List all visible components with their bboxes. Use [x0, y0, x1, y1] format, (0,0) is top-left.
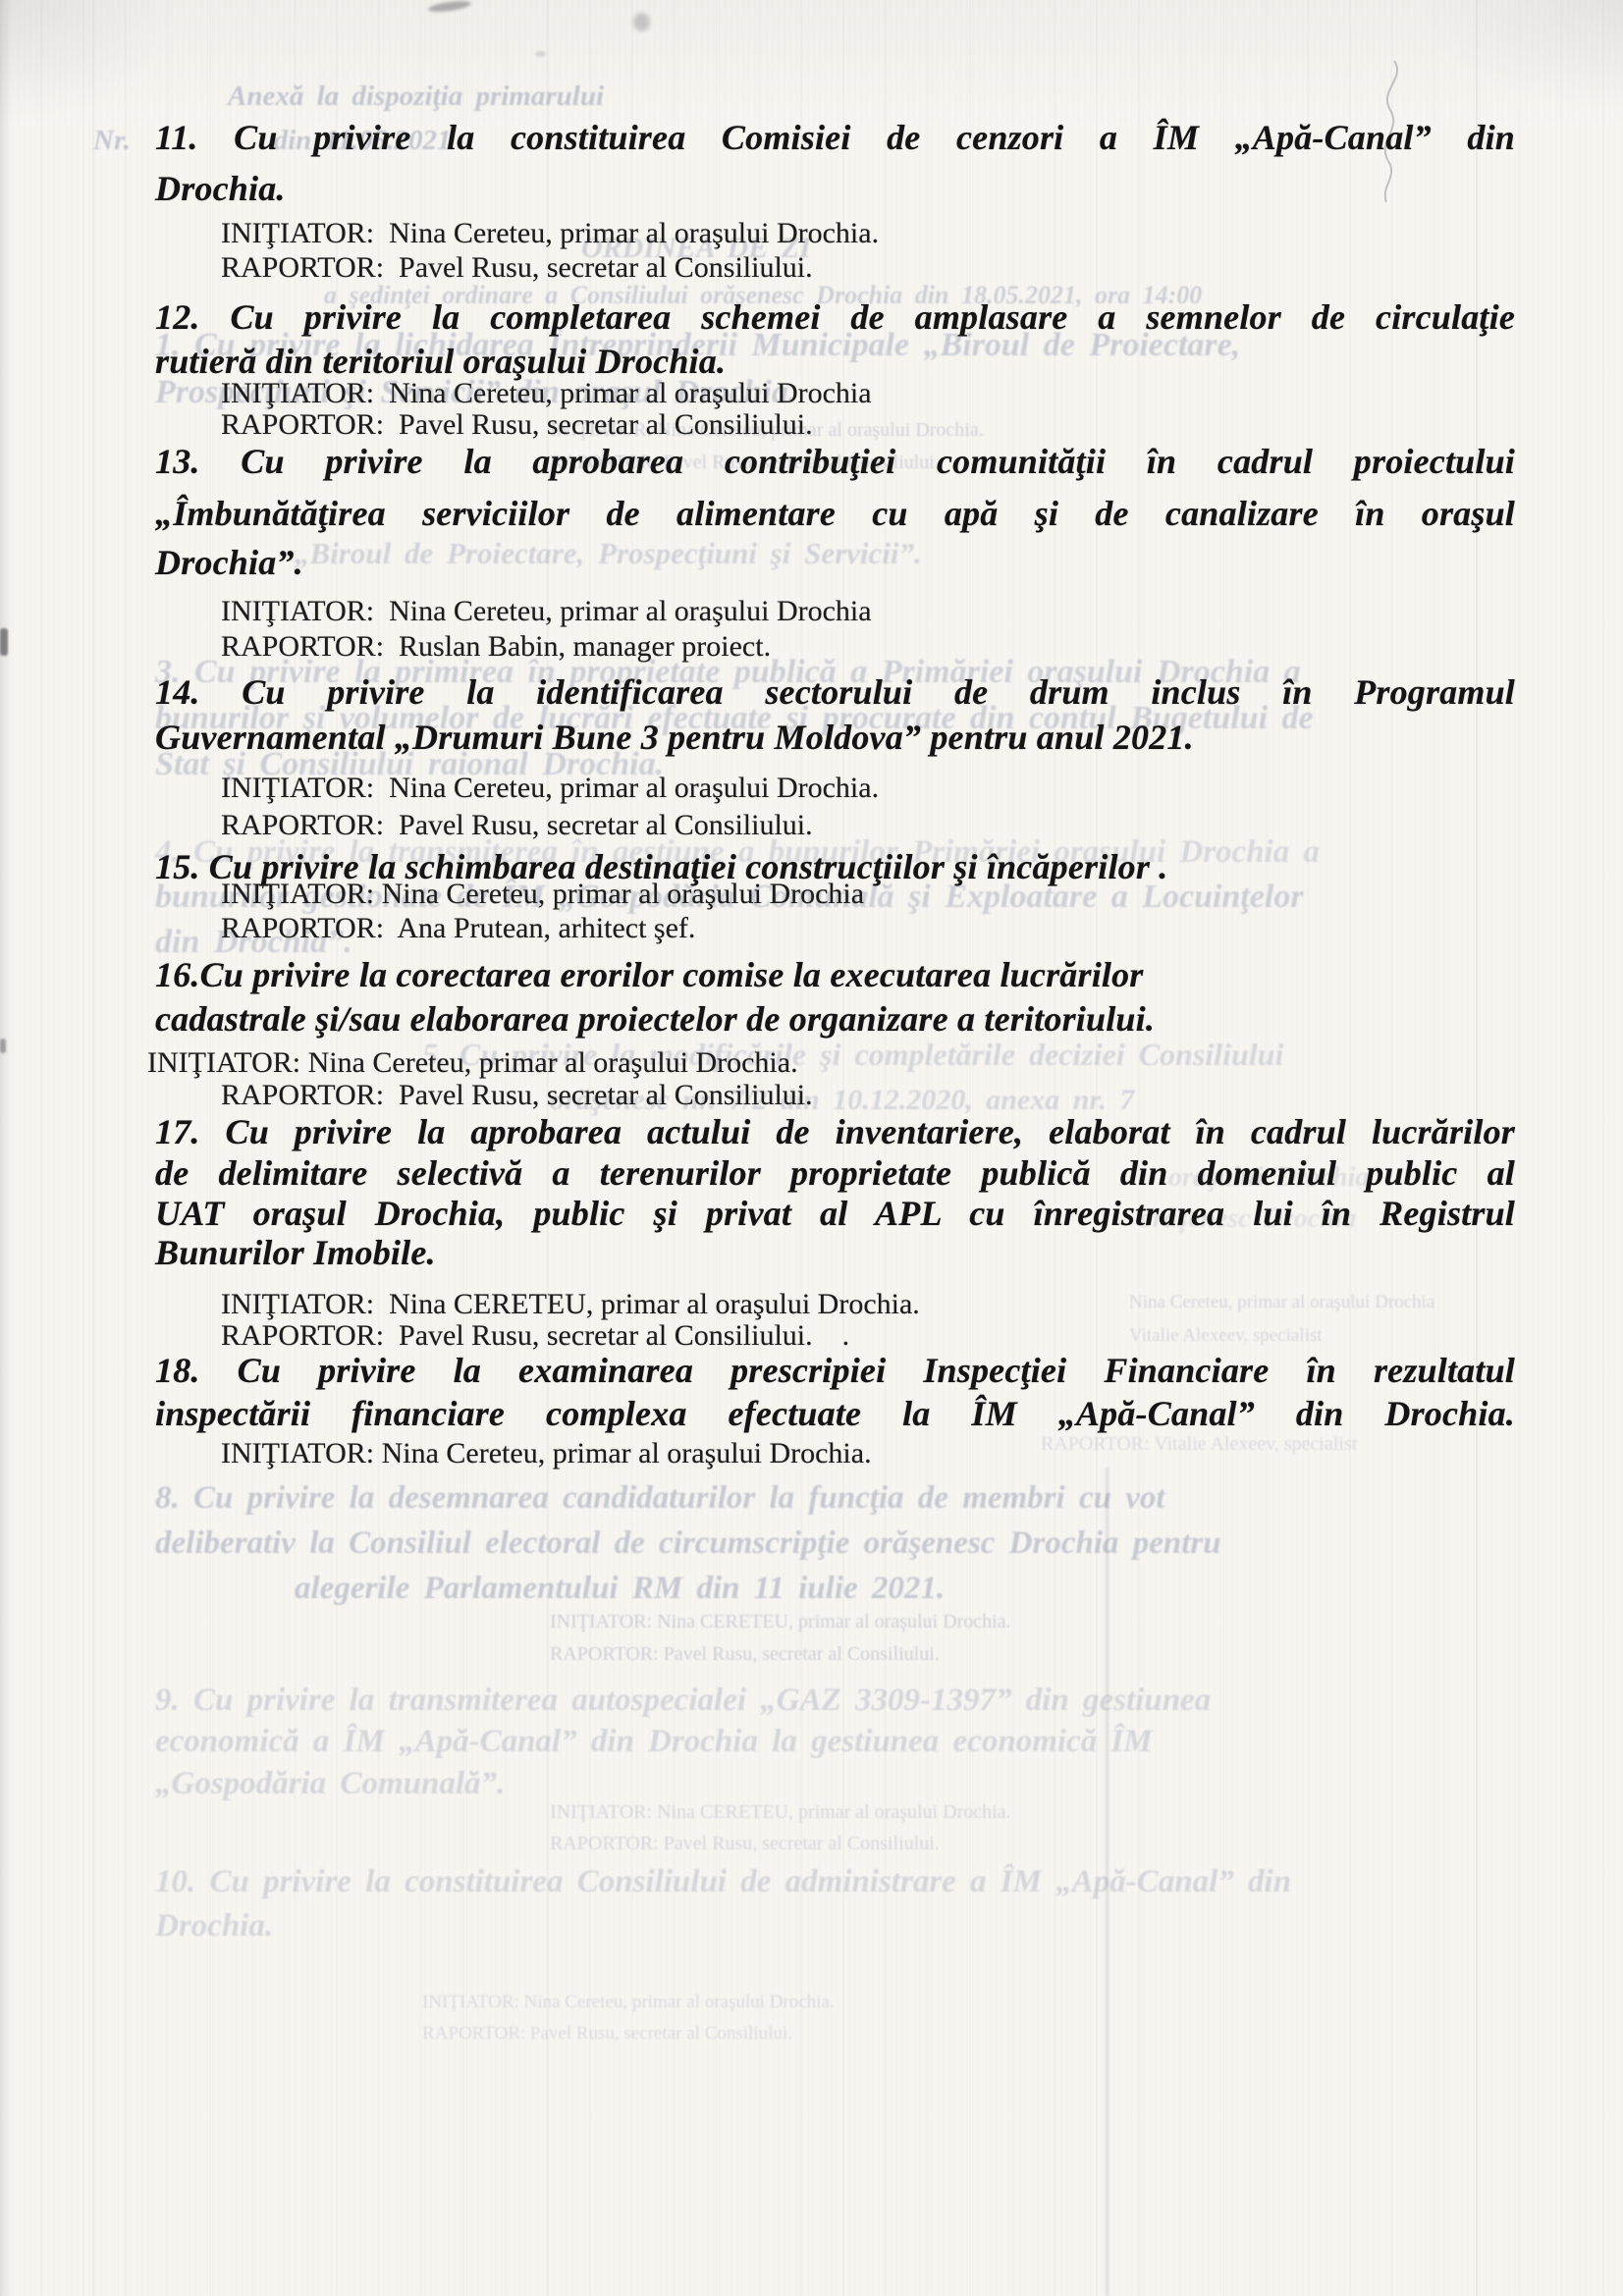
agenda-item-title-line: Bunurilor Imobile. — [155, 1233, 1515, 1273]
raportor-line: RAPORTOR: Pavel Rusu, secretar al Consil… — [221, 1079, 813, 1111]
initiator-line: INIŢIATOR: Nina Cereteu, primar al oraşu… — [221, 772, 879, 804]
initiator-line: INIŢIATOR: Nina CERETEU, primar al oraşu… — [221, 1288, 920, 1320]
agenda-item-title-line: Drochia”. — [155, 543, 1515, 583]
agenda-item-title-line: „Îmbunătăţirea serviciilor de alimentare… — [155, 494, 1515, 534]
agenda-item-title-line: 14. Cu privire la identificarea sectorul… — [155, 672, 1515, 713]
agenda-item-title-line: 13. Cu privire la aprobarea contribuţiei… — [155, 442, 1515, 482]
agenda-item-title-line: UAT oraşul Drochia, public şi privat al … — [155, 1194, 1515, 1234]
initiator-line: INIŢIATOR: Nina Cereteu, primar al oraşu… — [147, 1046, 798, 1079]
agenda-item-title-line: 17. Cu privire la aprobarea actului de i… — [155, 1112, 1515, 1152]
agenda-item-title-line: Guvernamental „Drumuri Bune 3 pentru Mol… — [155, 718, 1515, 758]
raportor-line: RAPORTOR: Pavel Rusu, secretar al Consil… — [221, 251, 813, 284]
raportor-line: RAPORTOR: Ana Prutean, arhitect şef. — [221, 912, 695, 944]
raportor-line: RAPORTOR: Pavel Rusu, secretar al Consil… — [221, 408, 813, 441]
scanned-document-page: Anexă la dispoziţia primaruluiNr. din 11… — [0, 0, 1623, 2296]
agenda-item-title-line: 11. Cu privire la constituirea Comisiei … — [155, 118, 1515, 158]
initiator-line: INIŢIATOR: Nina Cereteu, primar al oraşu… — [221, 1437, 872, 1469]
initiator-line: INIŢIATOR: Nina Cereteu, primar al oraşu… — [221, 217, 879, 249]
agenda-item-title-line: inspectării financiare complexa efectuat… — [155, 1394, 1515, 1434]
raportor-line: RAPORTOR: Pavel Rusu, secretar al Consil… — [221, 809, 813, 841]
agenda-item-title-line: 16.Cu privire la corectarea erorilor com… — [155, 955, 1515, 995]
raportor-line: RAPORTOR: Pavel Rusu, secretar al Consil… — [221, 1319, 849, 1352]
initiator-line: INIŢIATOR: Nina Cereteu, primar al oraşu… — [221, 377, 872, 409]
agenda-item-title-line: de delimitare selectivă a terenurilor pr… — [155, 1153, 1515, 1194]
initiator-line: INIŢIATOR: Nina Cereteu, primar al oraşu… — [221, 595, 872, 627]
agenda-item-title-line: cadastrale şi/sau elaborarea proiectelor… — [155, 999, 1515, 1040]
raportor-line: RAPORTOR: Ruslan Babin, manager proiect. — [221, 630, 771, 663]
agenda-item-title-line: Drochia. — [155, 169, 1515, 209]
agenda-item-title-line: 12. Cu privire la completarea schemei de… — [155, 297, 1515, 338]
agenda-content: 11. Cu privire la constituirea Comisiei … — [0, 0, 1623, 2296]
agenda-item-title-line: 18. Cu privire la examinarea prescripiei… — [155, 1351, 1515, 1391]
initiator-line: INIŢIATOR: Nina Cereteu, primar al oraşu… — [221, 878, 864, 910]
